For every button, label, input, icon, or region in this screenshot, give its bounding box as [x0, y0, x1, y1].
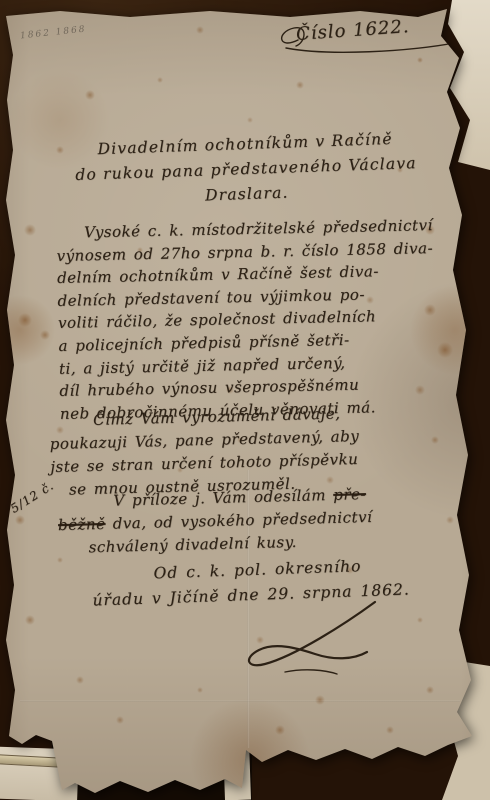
signature-flourish: [225, 598, 405, 678]
letter-paper-wrap: 1862 1868 Číslo 1622. Divadelním ochotní…: [0, 0, 490, 800]
body-text: dva, od vysokého předsednictví: [105, 508, 372, 533]
struck-text: pře-: [333, 485, 366, 504]
letter-paper: 1862 1868 Číslo 1622. Divadelním ochotní…: [0, 0, 490, 800]
struck-text: běžně: [58, 515, 106, 534]
horizontal-crease: [20, 700, 460, 702]
body-text: V příloze j. Vám odesílám: [113, 486, 333, 510]
body-paragraph-1: Vysoké c. k. místodržitelské předsednict…: [56, 214, 437, 425]
address-block: Divadelním ochotníkům v Račíně do rukou …: [54, 125, 438, 213]
archival-pencil-note: 1862 1868: [20, 25, 87, 42]
photo-background: 1862 1868 Číslo 1622. Divadelním ochotní…: [0, 0, 490, 800]
margin-annotation: 5/12 č.: [8, 478, 56, 515]
body-paragraph-3: V příloze j. Vám odesílám pře- běžně dva…: [57, 483, 373, 560]
